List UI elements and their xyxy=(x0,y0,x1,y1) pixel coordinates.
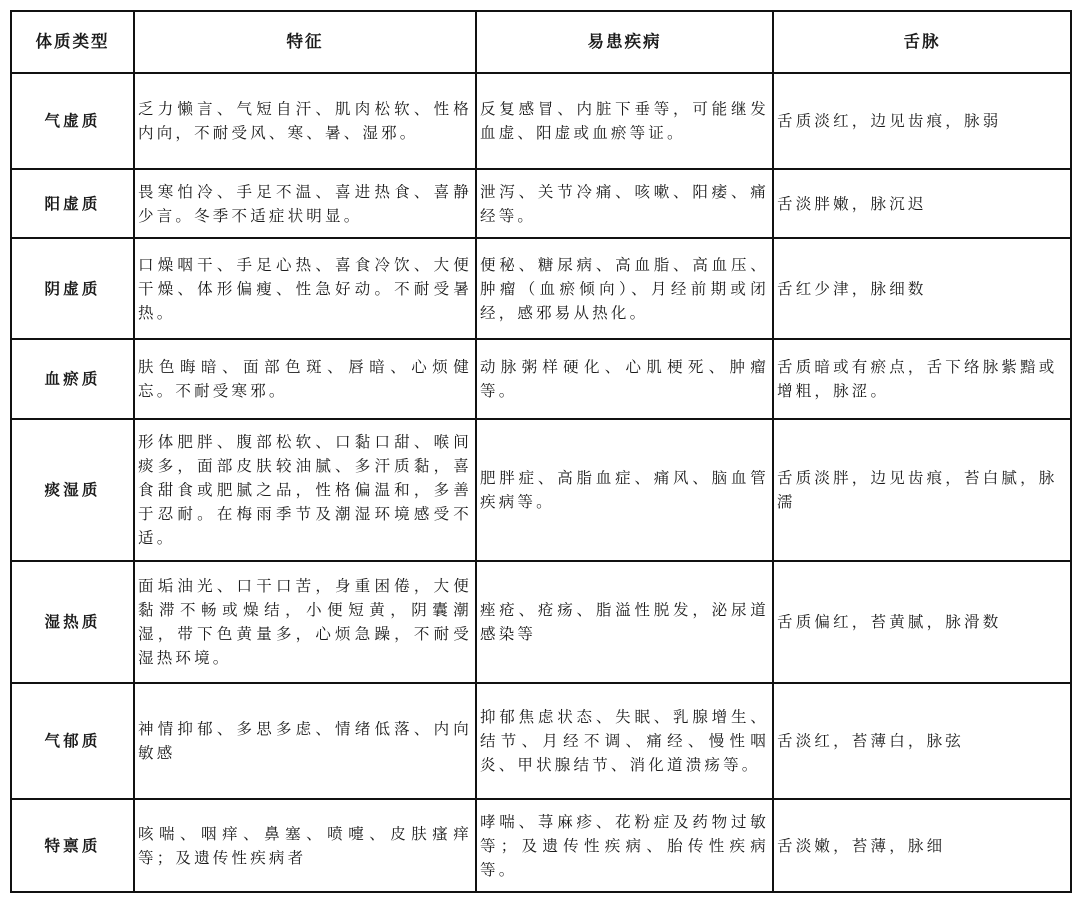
diseases-cell: 便秘、糖尿病、高血脂、高血压、肿瘤（血瘀倾向）、月经前期或闭经，感邪易从热化。 xyxy=(476,238,773,339)
constitution-type: 气虚质 xyxy=(11,73,134,169)
tongue-pulse-cell: 舌淡嫩，苔薄，脉细 xyxy=(773,799,1071,892)
header-features: 特征 xyxy=(134,11,476,73)
features-cell: 神情抑郁、多思多虑、情绪低落、内向敏感 xyxy=(134,683,476,799)
diseases-cell: 抑郁焦虑状态、失眠、乳腺增生、结节、月经不调、痛经、慢性咽炎、甲状腺结节、消化道… xyxy=(476,683,773,799)
constitution-table: 体质类型 特征 易患疾病 舌脉 气虚质 乏力懒言、气短自汗、肌肉松软、性格内向，… xyxy=(10,10,1072,893)
constitution-type: 阳虚质 xyxy=(11,169,134,238)
table-row: 痰湿质 形体肥胖、腹部松软、口黏口甜、喉间痰多，面部皮肤较油腻、多汗质黏，喜食甜… xyxy=(11,419,1071,561)
constitution-type: 痰湿质 xyxy=(11,419,134,561)
diseases-cell: 肥胖症、高脂血症、痛风、脑血管疾病等。 xyxy=(476,419,773,561)
diseases-cell: 动脉粥样硬化、心肌梗死、肿瘤等。 xyxy=(476,339,773,419)
features-cell: 形体肥胖、腹部松软、口黏口甜、喉间痰多，面部皮肤较油腻、多汗质黏，喜食甜食或肥腻… xyxy=(134,419,476,561)
table-row: 血瘀质 肤色晦暗、面部色斑、唇暗、心烦健忘。不耐受寒邪。 动脉粥样硬化、心肌梗死… xyxy=(11,339,1071,419)
header-tongue-pulse: 舌脉 xyxy=(773,11,1071,73)
constitution-type: 湿热质 xyxy=(11,561,134,683)
table-row: 特禀质 咳喘、咽痒、鼻塞、喷嚏、皮肤瘙痒等；及遗传性疾病者 哮喘、荨麻疹、花粉症… xyxy=(11,799,1071,892)
constitution-type: 气郁质 xyxy=(11,683,134,799)
header-diseases: 易患疾病 xyxy=(476,11,773,73)
tongue-pulse-cell: 舌质偏红，苔黄腻，脉滑数 xyxy=(773,561,1071,683)
features-cell: 肤色晦暗、面部色斑、唇暗、心烦健忘。不耐受寒邪。 xyxy=(134,339,476,419)
tongue-pulse-cell: 舌质淡红，边见齿痕，脉弱 xyxy=(773,73,1071,169)
constitution-type: 血瘀质 xyxy=(11,339,134,419)
tongue-pulse-cell: 舌质暗或有瘀点，舌下络脉紫黯或增粗，脉涩。 xyxy=(773,339,1071,419)
tongue-pulse-cell: 舌淡胖嫩，脉沉迟 xyxy=(773,169,1071,238)
diseases-cell: 反复感冒、内脏下垂等，可能继发血虚、阳虚或血瘀等证。 xyxy=(476,73,773,169)
constitution-type: 特禀质 xyxy=(11,799,134,892)
header-row: 体质类型 特征 易患疾病 舌脉 xyxy=(11,11,1071,73)
features-cell: 口燥咽干、手足心热、喜食冷饮、大便干燥、体形偏瘦、性急好动。不耐受暑热。 xyxy=(134,238,476,339)
tongue-pulse-cell: 舌质淡胖，边见齿痕，苔白腻，脉濡 xyxy=(773,419,1071,561)
features-cell: 咳喘、咽痒、鼻塞、喷嚏、皮肤瘙痒等；及遗传性疾病者 xyxy=(134,799,476,892)
table-row: 阴虚质 口燥咽干、手足心热、喜食冷饮、大便干燥、体形偏瘦、性急好动。不耐受暑热。… xyxy=(11,238,1071,339)
features-cell: 面垢油光、口干口苦，身重困倦，大便黏滞不畅或燥结，小便短黄，阴囊潮湿，带下色黄量… xyxy=(134,561,476,683)
table-row: 阳虚质 畏寒怕冷、手足不温、喜进热食、喜静少言。冬季不适症状明显。 泄泻、关节冷… xyxy=(11,169,1071,238)
tongue-pulse-cell: 舌红少津，脉细数 xyxy=(773,238,1071,339)
diseases-cell: 哮喘、荨麻疹、花粉症及药物过敏等；及遗传性疾病、胎传性疾病等。 xyxy=(476,799,773,892)
diseases-cell: 痤疮、疮疡、脂溢性脱发，泌尿道感染等 xyxy=(476,561,773,683)
header-type: 体质类型 xyxy=(11,11,134,73)
features-cell: 乏力懒言、气短自汗、肌肉松软、性格内向，不耐受风、寒、暑、湿邪。 xyxy=(134,73,476,169)
features-cell: 畏寒怕冷、手足不温、喜进热食、喜静少言。冬季不适症状明显。 xyxy=(134,169,476,238)
constitution-type: 阴虚质 xyxy=(11,238,134,339)
table-row: 气郁质 神情抑郁、多思多虑、情绪低落、内向敏感 抑郁焦虑状态、失眠、乳腺增生、结… xyxy=(11,683,1071,799)
table-row: 气虚质 乏力懒言、气短自汗、肌肉松软、性格内向，不耐受风、寒、暑、湿邪。 反复感… xyxy=(11,73,1071,169)
table-row: 湿热质 面垢油光、口干口苦，身重困倦，大便黏滞不畅或燥结，小便短黄，阴囊潮湿，带… xyxy=(11,561,1071,683)
tongue-pulse-cell: 舌淡红，苔薄白，脉弦 xyxy=(773,683,1071,799)
diseases-cell: 泄泻、关节冷痛、咳嗽、阳痿、痛经等。 xyxy=(476,169,773,238)
